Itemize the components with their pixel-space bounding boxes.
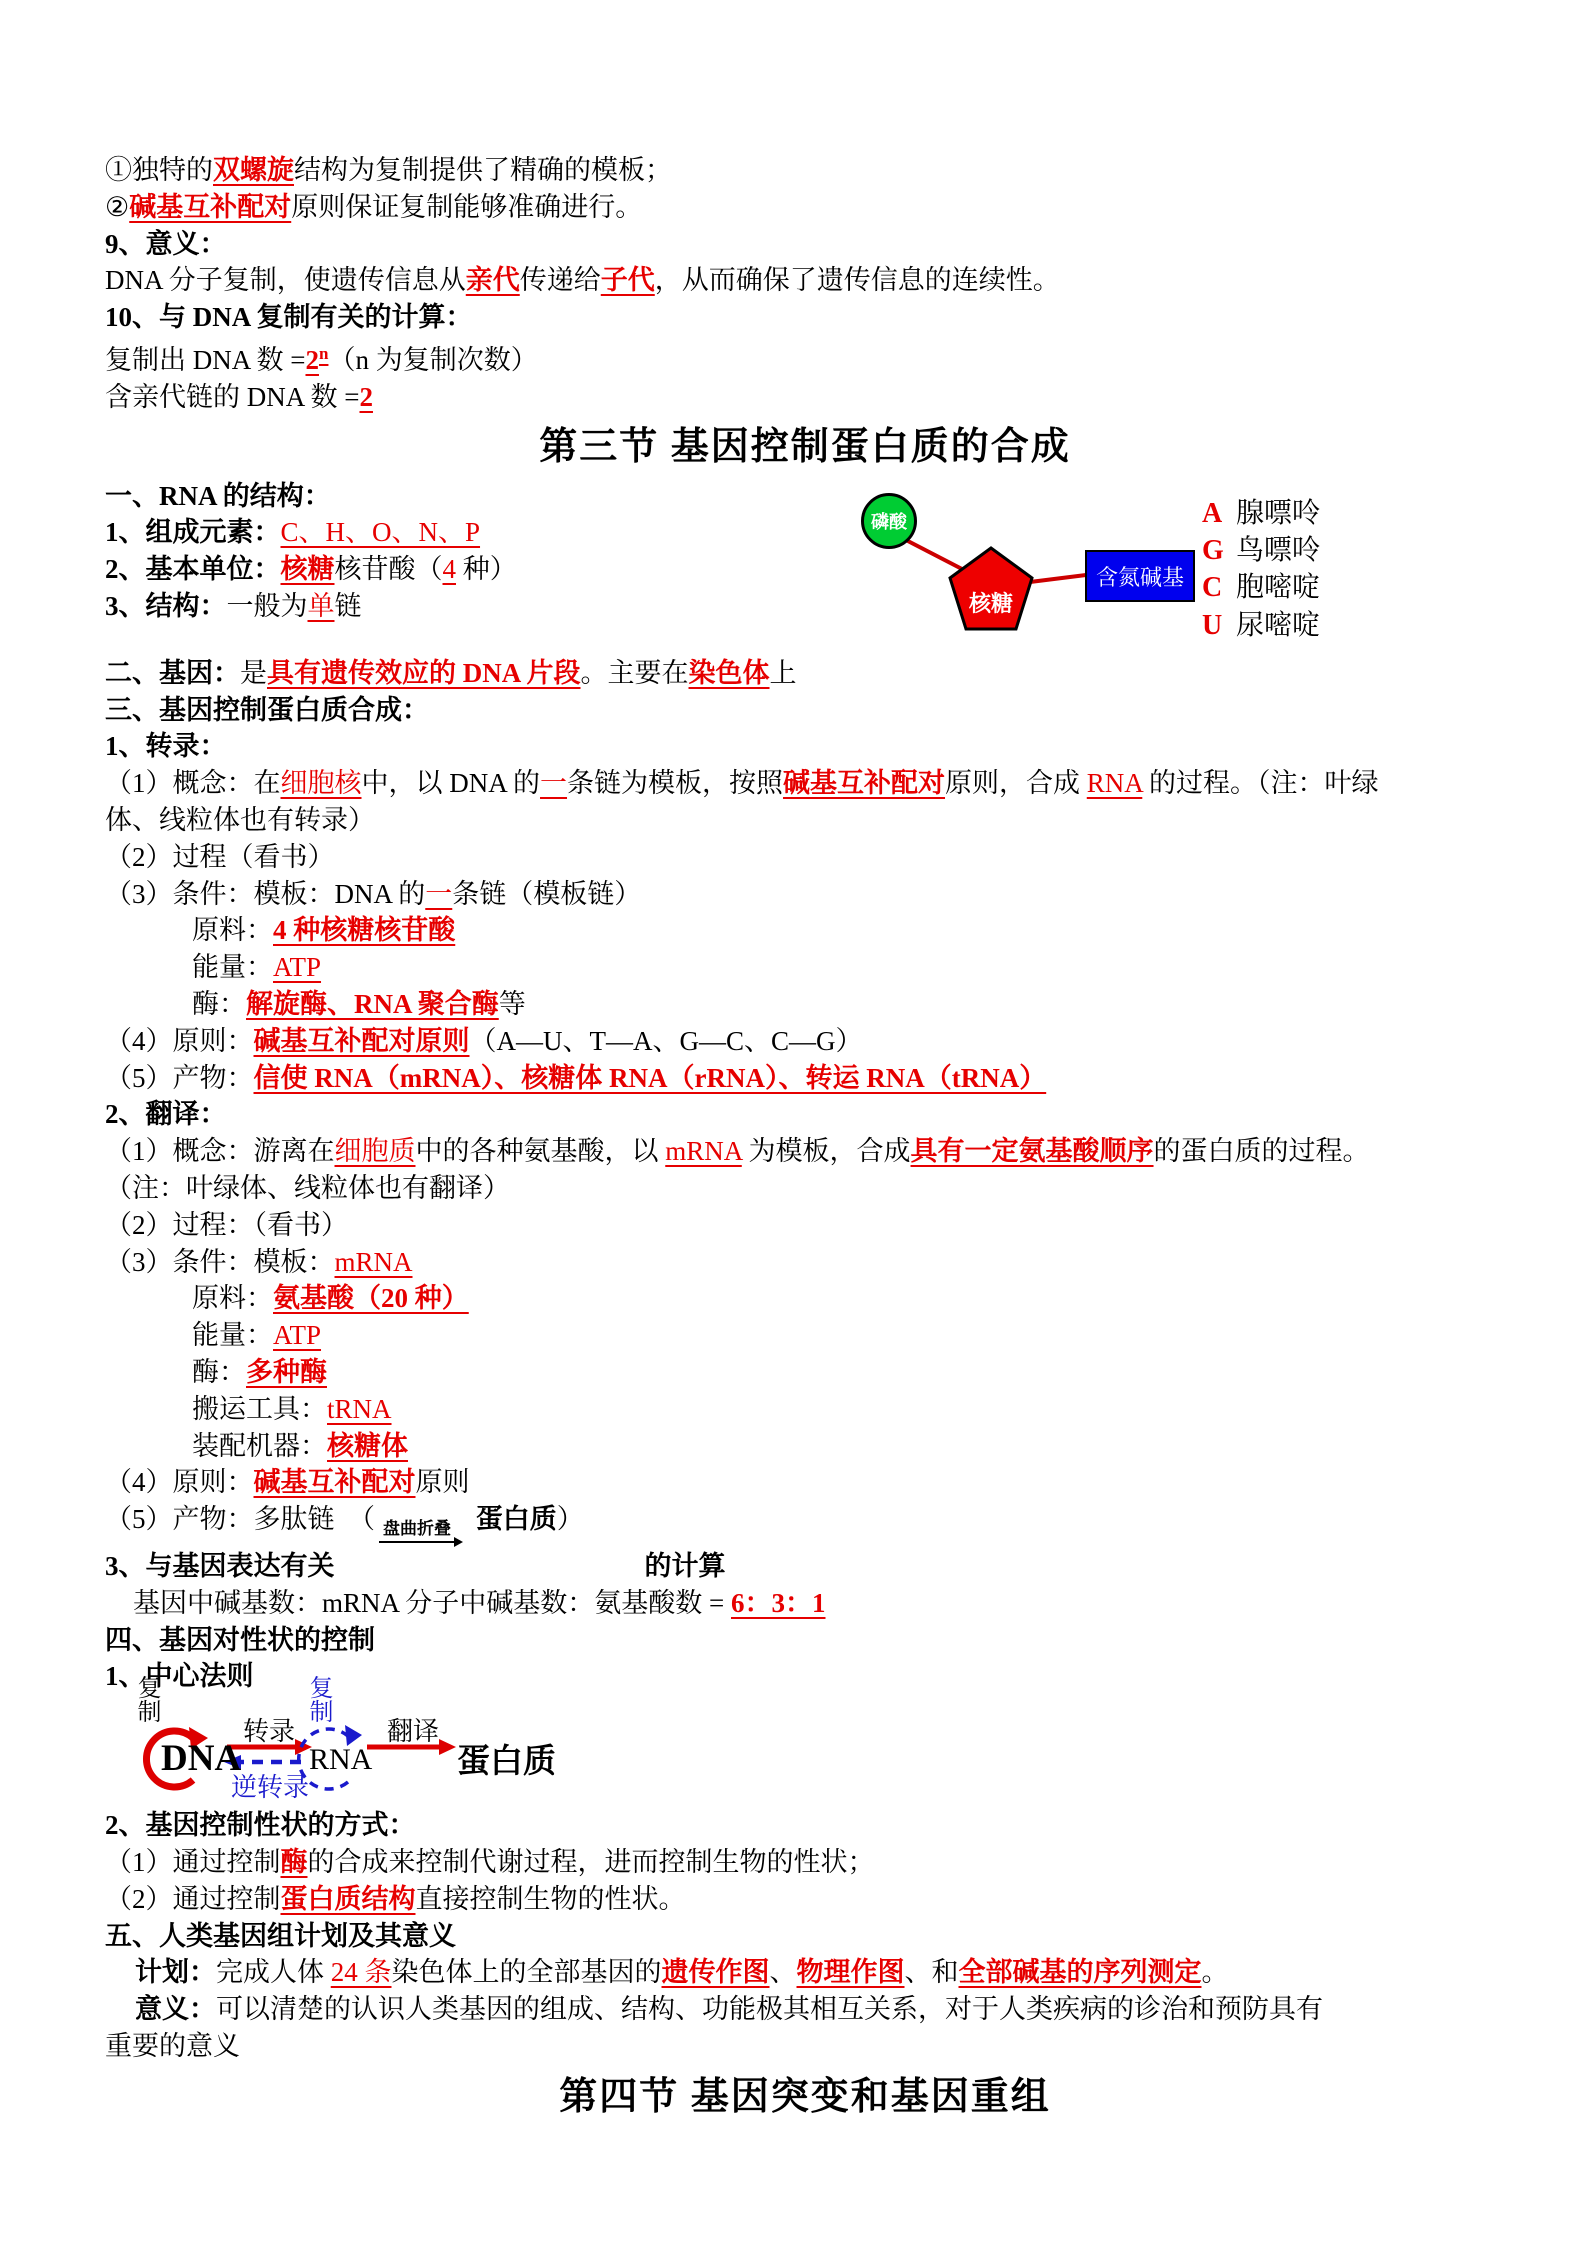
text-segment: 上 [770, 658, 797, 688]
nitrogen-base-label: 含氮碱基 [1096, 561, 1184, 592]
section-title-3: 第三节 基因控制蛋白质的合成 [105, 416, 1505, 478]
text-segment: 遗传作图 [662, 1957, 770, 1987]
section-title-4: 第四节 基因突变和基因重组 [105, 2067, 1505, 2127]
text-segment: 单 [308, 591, 335, 621]
text-segment: 原则，合成 [945, 768, 1087, 798]
text-segment: 、 [770, 1957, 797, 1987]
base-name: 鸟嘌呤 [1236, 535, 1320, 566]
base-row: C胞嘧啶 [1202, 569, 1320, 606]
text-segment: 碱基互补配对 [129, 192, 291, 222]
text-segment: 计划： [135, 1957, 216, 1987]
text-line: 四、基因对性状的控制 [105, 1622, 1505, 1659]
text-segment: 完成人体 [216, 1957, 331, 1987]
text-line: 意义：可以清楚的认识人类基因的组成、结构、功能极其相互关系，对于人类疾病的诊治和… [105, 1991, 1505, 2028]
text-segment: 1、转录： [105, 731, 227, 761]
text-line: 重要的意义 [105, 2028, 1505, 2065]
text-segment: 一、RNA 的结构： [105, 481, 331, 511]
text-line: ①独特的双螺旋结构为复制提供了精确的模板； [105, 152, 1505, 189]
text-segment: 具有一定氨基酸顺序 [911, 1136, 1154, 1166]
text-line: 原料：4 种核糖核苷酸 [105, 912, 1505, 949]
text-segment: 核苷酸（ [335, 554, 443, 584]
phosphate-label: 磷酸 [871, 508, 907, 534]
text-segment: （1）概念：在 [105, 768, 281, 798]
text-segment: 含亲代链的 DNA 数 = [105, 382, 359, 412]
text-segment: 三、基因控制蛋白质合成： [105, 695, 429, 725]
text-segment: 种） [456, 554, 517, 584]
text-line: 基因中碱基数：mRNA 分子中碱基数：氨基酸数 = 6：3：1 [105, 1585, 1505, 1622]
text-segment: 条链（模板链） [452, 879, 641, 909]
protein-label: 蛋白质 [457, 1735, 556, 1782]
text-segment: 条链为模板，按照 [567, 768, 783, 798]
text-line: 含亲代链的 DNA 数 =2 [105, 379, 1505, 416]
text-segment: （A—U、T—A、G—C、C—G） [470, 1026, 863, 1056]
text-segment: 氨基酸（20 种） [273, 1283, 469, 1313]
base-name: 胞嘧啶 [1236, 572, 1320, 603]
text-segment: 原料： [192, 915, 273, 945]
text-segment: 碱基互补配对原则 [254, 1026, 470, 1056]
text-segment: 子代 [601, 265, 655, 295]
text-segment: ATP [273, 952, 321, 982]
text-line: （4）原则：碱基互补配对原则（A—U、T—A、G—C、C—G） [105, 1023, 1505, 1060]
text-segment: （5）产物： [105, 1063, 254, 1093]
document-page: ①独特的双螺旋结构为复制提供了精确的模板；②碱基互补配对原则保证复制能够准确进行… [0, 0, 1587, 2245]
reverse-transcription-label: 逆转录 [231, 1767, 309, 1804]
text-segment: 染色体上的全部基因的 [392, 1957, 662, 1987]
text-line: （5）产物：多肽链 （盘曲折叠 蛋白质） [105, 1501, 1505, 1548]
text-line: 三、基因控制蛋白质合成： [105, 692, 1505, 729]
text-segment: 蛋白质结构 [281, 1884, 416, 1914]
replication-label-rna: 复制 [305, 1675, 331, 1723]
text-segment: （注：叶绿体、线粒体也有翻译） [105, 1173, 510, 1203]
text-line: （4）原则：碱基互补配对原则 [105, 1464, 1505, 1501]
text-segment: 2、翻译： [105, 1099, 227, 1129]
text-segment: 搬运工具： [192, 1394, 327, 1424]
text-segment: 的蛋白质的过程。 [1154, 1136, 1370, 1166]
text-segment: 双螺旋 [213, 155, 294, 185]
text-segment: 链 [335, 591, 362, 621]
text-segment: （4）原则： [105, 1026, 254, 1056]
text-segment: 的计算 [645, 1551, 726, 1581]
text-segment: 具有遗传效应的 DNA 片段 [267, 658, 581, 688]
text-line: ②碱基互补配对原则保证复制能够准确进行。 [105, 189, 1505, 226]
text-segment: ） [557, 1504, 584, 1534]
base-letter: G [1202, 532, 1236, 569]
base-row: U尿嘧啶 [1202, 607, 1320, 644]
text-segment: （4）原则： [105, 1467, 254, 1497]
text-segment: 体、线粒体也有转录） [105, 805, 375, 835]
text-line: 酶：多种酶 [105, 1354, 1505, 1391]
text-segment: 24 条 [331, 1957, 392, 1987]
text-line: 复制出 DNA 数 =2n（n 为复制次数） [105, 336, 1505, 379]
text-segment: 2 [305, 345, 319, 375]
replication-label-dna: 复制 [133, 1675, 159, 1723]
notes-body: ①独特的双螺旋结构为复制提供了精确的模板；②碱基互补配对原则保证复制能够准确进行… [105, 152, 1505, 2127]
text-segment: 五、人类基因组计划及其意义 [105, 1921, 456, 1951]
translation-label: 翻译 [387, 1711, 439, 1748]
text-segment: 10、与 DNA 复制有关的计算： [105, 302, 473, 332]
text-line: 酶：解旋酶、RNA 聚合酶等 [105, 986, 1505, 1023]
text-segment: RNA [1087, 768, 1143, 798]
text-segment: C、H、O、N、P [281, 517, 481, 547]
fold-arrow: 盘曲折叠 [379, 1520, 461, 1548]
fold-label: 盘曲折叠 [379, 1520, 461, 1538]
base-letter: A [1202, 495, 1236, 532]
text-segment: 结构为复制提供了精确的模板； [294, 155, 672, 185]
text-segment: 多种酶 [246, 1357, 327, 1387]
text-line: 搬运工具：tRNA [105, 1391, 1505, 1428]
text-segment: 亲代 [466, 265, 520, 295]
text-segment: 细胞质 [335, 1136, 416, 1166]
text-segment: 碱基互补配对 [254, 1467, 416, 1497]
text-segment: 中的各种氨基酸，以 [416, 1136, 666, 1166]
text-segment: 基因中碱基数：mRNA 分子中碱基数：氨基酸数 = [133, 1588, 731, 1618]
text-segment: 3、与基因表达有关 [105, 1551, 335, 1581]
text-line: （1）概念：在细胞核中，以 DNA 的一条链为模板，按照碱基互补配对原则，合成 … [105, 765, 1505, 802]
text-line: （3）条件：模板：mRNA [105, 1244, 1505, 1281]
text-segment: 4 种核糖核苷酸 [273, 915, 455, 945]
dna-label: DNA [161, 1737, 241, 1780]
dna-replication-section: ①独特的双螺旋结构为复制提供了精确的模板；②碱基互补配对原则保证复制能够准确进行… [105, 152, 1505, 416]
text-line: （1）概念：游离在细胞质中的各种氨基酸，以 mRNA 为模板，合成具有一定氨基酸… [105, 1133, 1505, 1170]
text-segment: 。主要在 [581, 658, 689, 688]
text-segment [469, 1504, 476, 1534]
text-line: DNA 分子复制，使遗传信息从亲代传递给子代，从而确保了遗传信息的连续性。 [105, 262, 1505, 299]
text-segment: 4 [443, 554, 457, 584]
text-segment: 酶： [192, 1357, 246, 1387]
text-segment: 核糖 [281, 554, 335, 584]
text-segment: 碱基互补配对 [783, 768, 945, 798]
text-segment: DNA 分子复制，使遗传信息从 [105, 265, 466, 295]
text-segment: 酶： [192, 989, 246, 1019]
base-name: 尿嘧啶 [1236, 610, 1320, 641]
text-segment: 中，以 DNA 的 [362, 768, 541, 798]
transcription-label: 转录 [243, 1711, 295, 1748]
text-segment: 蛋白质 [476, 1504, 557, 1534]
text-line: 能量：ATP [105, 1317, 1505, 1354]
text-segment: 、和 [905, 1957, 959, 1987]
text-segment: 能量： [192, 952, 273, 982]
text-segment: 1、中心法则 [105, 1661, 254, 1691]
text-line: 2、翻译： [105, 1096, 1505, 1133]
text-line: （5）产物：信使 RNA（mRNA）、核糖体 RNA（rRNA）、转运 RNA（… [105, 1060, 1505, 1097]
text-segment: 二、基因： [105, 658, 240, 688]
text-line: 2、基因控制性状的方式： [105, 1807, 1505, 1844]
text-segment: 一 [540, 768, 567, 798]
text-segment: 物理作图 [797, 1957, 905, 1987]
text-segment: tRNA [327, 1394, 392, 1424]
text-line: 10、与 DNA 复制有关的计算： [105, 299, 1505, 336]
text-line: （1）通过控制酶的合成来控制代谢过程，进而控制生物的性状； [105, 1844, 1505, 1881]
text-segment: ，从而确保了遗传信息的连续性。 [655, 265, 1060, 295]
phosphate-circle: 磷酸 [861, 493, 917, 549]
text-line: （2）通过控制蛋白质结构直接控制生物的性状。 [105, 1881, 1505, 1918]
text-segment: ② [105, 192, 129, 222]
text-line: 装配机器：核糖体 [105, 1428, 1505, 1465]
rna-label: RNA [309, 1743, 372, 1777]
text-segment: 核糖体 [327, 1431, 408, 1461]
text-segment: mRNA [335, 1247, 413, 1277]
text-line: （2）过程（看书） [105, 839, 1505, 876]
text-segment: （3）条件：模板：DNA 的 [105, 879, 425, 909]
text-line: 计划：完成人体 24 条染色体上的全部基因的遗传作图、物理作图、和全部碱基的序列… [105, 1954, 1505, 1991]
text-segment: 原则 [416, 1467, 470, 1497]
text-segment: 2、基本单位： [105, 554, 281, 584]
text-line: （注：叶绿体、线粒体也有翻译） [105, 1170, 1505, 1207]
text-segment: （2）过程（看书） [105, 842, 335, 872]
text-segment: 染色体 [689, 658, 770, 688]
text-segment: 传递给 [520, 265, 601, 295]
text-segment: 可以清楚的认识人类基因的组成、结构、功能极其相互关系，对于人类疾病的诊治和预防具… [216, 1994, 1323, 2024]
text-segment: （2）过程：（看书） [105, 1210, 348, 1240]
text-segment: 等 [499, 989, 526, 1019]
text-segment: 装配机器： [192, 1431, 327, 1461]
text-segment: （5）产物：多肽链 （ [105, 1504, 375, 1534]
text-line: 3、与基因表达有关的计算 [105, 1548, 1505, 1585]
text-segment: 为模板，合成 [742, 1136, 911, 1166]
text-segment: 的合成来控制代谢过程，进而控制生物的性状； [308, 1847, 875, 1877]
text-segment: 原料： [192, 1283, 273, 1313]
text-segment: 四、基因对性状的控制 [105, 1625, 375, 1655]
central-dogma-diagram: 复制 复制 DNA 转录 逆转录 RNA 翻译 蛋白质 [105, 1697, 1505, 1807]
text-line: 五、人类基因组计划及其意义 [105, 1918, 1505, 1955]
text-segment: 复制出 DNA 数 = [105, 345, 305, 375]
text-segment: 2、基因控制性状的方式： [105, 1810, 416, 1840]
text-segment: 重要的意义 [105, 2031, 240, 2061]
text-segment: 1、组成元素： [105, 517, 281, 547]
text-line: 原料：氨基酸（20 种） [105, 1280, 1505, 1317]
text-line: 9、意义： [105, 226, 1505, 263]
text-segment: 意义： [135, 1994, 216, 2024]
text-segment: 全部碱基的序列测定 [959, 1957, 1202, 1987]
text-segment: 解旋酶、RNA 聚合酶 [246, 989, 499, 1019]
text-segment: 6：3：1 [731, 1588, 826, 1618]
base-list: A腺嘌呤G鸟嘌呤C胞嘧啶U尿嘧啶 [1202, 495, 1320, 644]
text-segment: 是 [240, 658, 267, 688]
text-segment: 一 [425, 879, 452, 909]
text-segment: ATP [273, 1320, 321, 1350]
text-segment: 直接控制生物的性状。 [416, 1884, 686, 1914]
base-name: 腺嘌呤 [1236, 498, 1320, 529]
right-arrow-icon [379, 1541, 461, 1548]
text-segment: 能量： [192, 1320, 273, 1350]
text-segment: mRNA [665, 1136, 742, 1166]
text-segment: 2 [359, 382, 373, 412]
text-line: 能量：ATP [105, 949, 1505, 986]
text-segment: 酶 [281, 1847, 308, 1877]
base-letter: C [1202, 569, 1236, 606]
text-segment: ①独特的 [105, 155, 213, 185]
text-segment: 原则保证复制能够准确进行。 [291, 192, 642, 222]
text-segment: （3）条件：模板： [105, 1247, 335, 1277]
text-segment: 3、结构： [105, 591, 227, 621]
text-segment: （1）通过控制 [105, 1847, 281, 1877]
base-row: A腺嘌呤 [1202, 495, 1320, 532]
text-segment: （2）通过控制 [105, 1884, 281, 1914]
text-segment: 细胞核 [281, 768, 362, 798]
ribose-label: 核糖 [946, 587, 1036, 618]
text-segment: 的过程。（注：叶绿 [1142, 768, 1378, 798]
text-segment: 。 [1202, 1957, 1229, 1987]
nitrogen-base-box: 含氮碱基 [1085, 550, 1195, 602]
text-segment: （n 为复制次数） [328, 345, 537, 375]
text-segment: （1）概念：游离在 [105, 1136, 335, 1166]
text-segment: 9、意义： [105, 229, 227, 259]
text-line: （3）条件：模板：DNA 的一条链（模板链） [105, 876, 1505, 913]
translation-arrowhead [439, 1739, 456, 1755]
text-segment: 信使 RNA（mRNA）、核糖体 RNA（rRNA）、转运 RNA（tRNA） [254, 1063, 1047, 1093]
text-segment: 一般为 [227, 591, 308, 621]
gene-trait-control-section: 2、基因控制性状的方式：（1）通过控制酶的合成来控制代谢过程，进而控制生物的性状… [105, 1807, 1505, 2065]
base-row: G鸟嘌呤 [1202, 532, 1320, 569]
base-letter: U [1202, 607, 1236, 644]
text-line: 体、线粒体也有转录） [105, 802, 1505, 839]
rna-nucleotide-diagram: 磷酸 核糖 含氮碱基 A腺嘌呤G鸟嘌呤C胞嘧啶U尿嘧啶 [860, 487, 1520, 672]
text-line: 1、转录： [105, 728, 1505, 765]
text-line: （2）过程：（看书） [105, 1207, 1505, 1244]
ribose-base-connector [1030, 575, 1086, 582]
